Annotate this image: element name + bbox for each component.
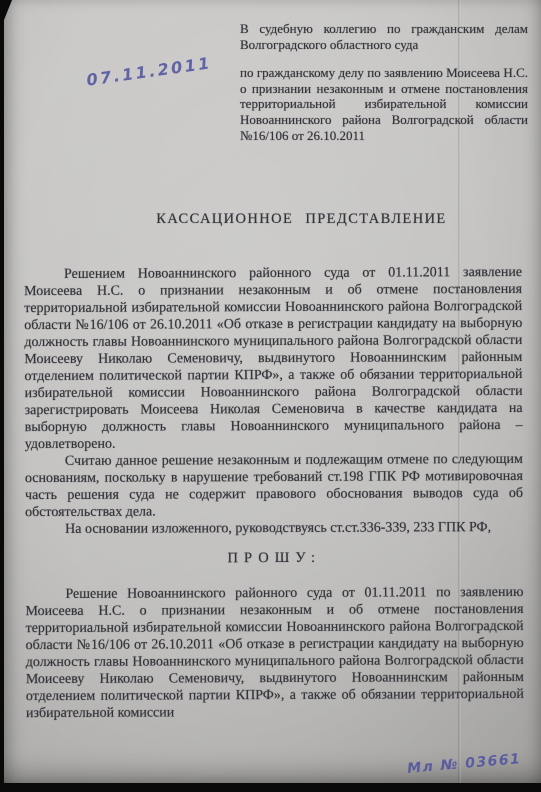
paragraph-grounds: Считаю данное решение незаконным и подле… [25, 451, 523, 521]
header-block: В судебную коллегию по гражданским делам… [240, 21, 528, 143]
paragraph-court-decision: Решением Новоаннинского районного суда о… [24, 264, 523, 453]
addressee-text: В судебную коллегию по гражданским делам… [240, 21, 528, 52]
paper-sheet: 07.11.2011 В судебную коллегию по гражда… [4, 0, 541, 783]
document-title: КАССАЦИОННОЕ ПРЕДСТАВЛЕНИЕ [62, 211, 541, 228]
document-body: Решением Новоаннинского районного суда о… [24, 264, 524, 722]
paragraph-legal-basis: На основании изложенного, руководствуясь… [25, 519, 523, 538]
paragraph-request: Решение Новоаннинского районного суда от… [25, 584, 524, 722]
handwritten-date-note: 07.11.2011 [85, 53, 213, 89]
corner-shadow [4, 0, 12, 20]
document-photo: 07.11.2011 В судебную коллегию по гражда… [0, 0, 541, 792]
request-heading: ПРОШУ: [25, 549, 523, 568]
case-reference-text: по гражданскому делу по заявлению Моисее… [240, 65, 528, 143]
handwritten-registry-note: Мл № 03661 [406, 751, 521, 777]
